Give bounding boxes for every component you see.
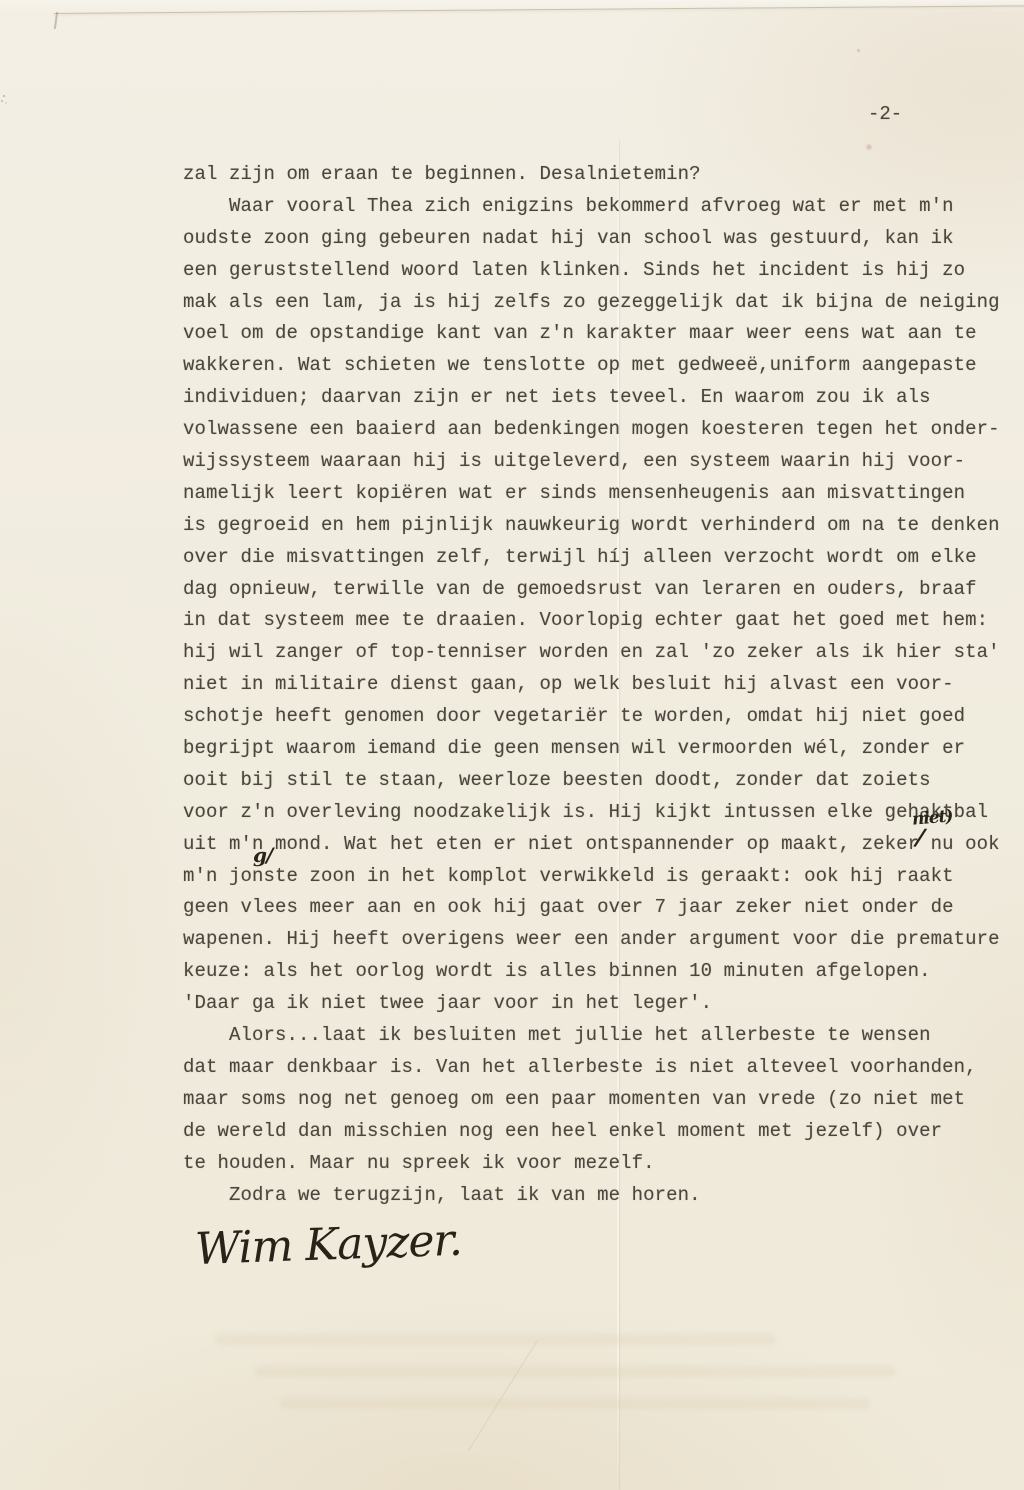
- paper-speck: [856, 48, 861, 53]
- ink-bleedthrough: [215, 1334, 775, 1345]
- paper-corner-crease: [54, 12, 58, 29]
- letter-line: wapenen. Hij heeft overigens weer een an…: [183, 924, 1023, 956]
- letter-line: keuze: als het oorlog wordt is alles bin…: [183, 956, 1023, 988]
- letter-line: dag opnieuw, terwille van de gemoedsrust…: [183, 574, 1023, 606]
- letter-line: schotje heeft genomen door vegetariër te…: [183, 701, 1023, 733]
- letter-line: voel om de opstandige kant van z'n karak…: [183, 318, 1023, 350]
- letter-line: hij wil zanger of top-tenniser worden en…: [183, 637, 1023, 669]
- letter-line: volwassene een baaierd aan bedenkingen m…: [183, 414, 1023, 446]
- letter-line: begrijpt waarom iemand die geen mensen w…: [183, 733, 1023, 765]
- ink-speck: [865, 143, 873, 151]
- letter-page: -2- zal zijn om eraan te beginnen. Desal…: [0, 0, 1024, 1490]
- letter-line: ooit bij stil te staan, weerloze beesten…: [183, 765, 1023, 797]
- page-number: -2-: [868, 103, 902, 125]
- letter-line: 'Daar ga ik niet twee jaar voor in het l…: [183, 988, 1023, 1020]
- letter-line: mak als een lam, ja is hij zelfs zo geze…: [183, 287, 1023, 319]
- letter-line: uit m'n mond. Wat het eten er niet ontsp…: [183, 829, 1023, 861]
- letter-line: Alors...laat ik besluiten met jullie het…: [183, 1020, 1023, 1052]
- letter-line: Zodra we terugzijn, laat ik van me horen…: [183, 1180, 1023, 1212]
- ink-bleedthrough: [280, 1398, 870, 1409]
- letter-line: wijssysteem waaraan hij is uitgeleverd, …: [183, 446, 1023, 478]
- letter-line: m'n jonste zoon in het komplot verwikkel…: [183, 861, 1023, 893]
- letter-line: niet in militaire dienst gaan, op welk b…: [183, 669, 1023, 701]
- letter-line: dat maar denkbaar is. Van het allerbeste…: [183, 1052, 1023, 1084]
- pen-mark: [0, 92, 9, 105]
- letter-line: te houden. Maar nu spreek ik voor mezelf…: [183, 1148, 1023, 1180]
- letter-line: een geruststellend woord laten klinken. …: [183, 255, 1023, 287]
- handwritten-correction-g: g/: [253, 843, 272, 867]
- letter-line: maar soms nog net genoeg om een paar mom…: [183, 1084, 1023, 1116]
- signature: Wim Kayzer.: [194, 1215, 462, 1275]
- letter-line: Waar vooral Thea zich enigzins bekommerd…: [183, 191, 1023, 223]
- letter-line: geen vlees meer aan en ook hij gaat over…: [183, 892, 1023, 924]
- letter-line: in dat systeem mee te draaien. Voorlopig…: [183, 605, 1023, 637]
- letter-body: zal zijn om eraan te beginnen. Desalniet…: [183, 159, 1023, 1211]
- letter-line: over die misvattingen zelf, terwijl híj …: [183, 542, 1023, 574]
- letter-line: namelijk leert kopiëren wat er sinds men…: [183, 478, 1023, 510]
- letter-line: individuen; daarvan zijn er net iets tev…: [183, 382, 1023, 414]
- letter-line: de wereld dan misschien nog een heel enk…: [183, 1116, 1023, 1148]
- letter-line: is gegroeid en hem pijnlijk nauwkeurig w…: [183, 510, 1023, 542]
- letter-line: oudste zoon ging gebeuren nadat hij van …: [183, 223, 1023, 255]
- letter-line: zal zijn om eraan te beginnen. Desalniet…: [183, 159, 1023, 191]
- letter-line: wakkeren. Wat schieten we tenslotte op m…: [183, 350, 1023, 382]
- fold-crease-diagonal: [468, 1340, 538, 1451]
- letter-line: voor z'n overleving noodzakelijk is. Hij…: [183, 797, 1023, 829]
- ink-bleedthrough: [255, 1366, 895, 1377]
